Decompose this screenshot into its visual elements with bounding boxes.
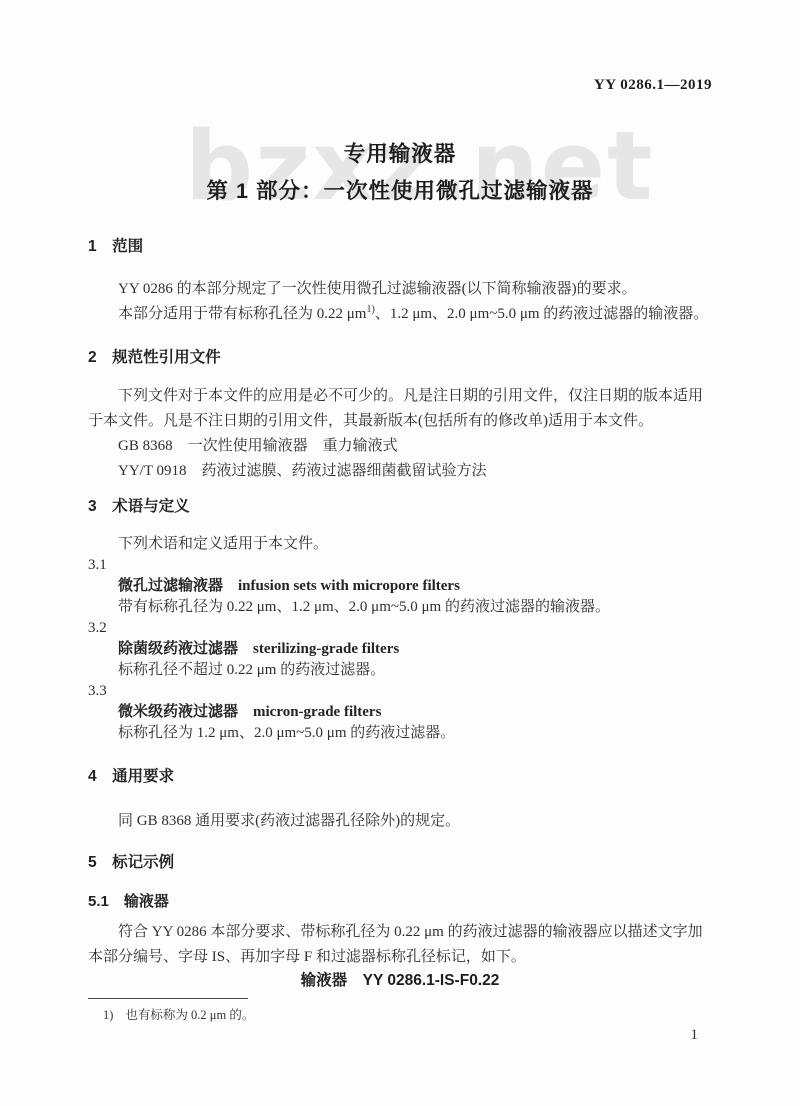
footnote: 1)也有标称为 0.2 μm 的。 <box>88 1007 712 1024</box>
section-5-1-heading: 5.1 输液器 <box>88 891 712 912</box>
page-number: 1 <box>691 1027 699 1044</box>
term-entry: 3.1 微孔过滤输液器 infusion sets with micropore… <box>88 555 712 618</box>
term-definition: 标称孔径为 1.2 μm、2.0 μm~5.0 μm 的药液过滤器。 <box>88 723 712 744</box>
scope-paragraph-2-text: 本部分适用于带有标称孔径为 0.22 μm <box>118 306 366 322</box>
term-definition: 带有标称孔径为 0.22 μm、1.2 μm、2.0 μm~5.0 μm 的药液… <box>88 597 712 618</box>
term-entry: 3.3 微米级药液过滤器 micron-grade filters 标称孔径为 … <box>88 681 712 744</box>
term-number: 3.3 <box>88 681 712 702</box>
marking-paragraph: 符合 YY 0286 本部分要求、带标称孔径为 0.22 μm 的药液过滤器的输… <box>88 920 712 970</box>
designation-example: 输液器 YY 0286.1-IS-F0.22 <box>88 970 712 992</box>
scope-paragraph-2-rest: 、1.2 μm、2.0 μm~5.0 μm 的药液过滤器的输液器。 <box>375 306 709 322</box>
section-5-heading: 5 标记示例 <box>88 852 712 873</box>
section-4-heading: 4 通用要求 <box>88 766 712 787</box>
section-3-heading: 3 术语与定义 <box>88 496 712 517</box>
term-entry: 3.2 除菌级药液过滤器 sterilizing-grade filters 标… <box>88 618 712 681</box>
section-2-heading: 2 规范性引用文件 <box>88 347 712 368</box>
term-name: 微米级药液过滤器 micron-grade filters <box>88 702 712 723</box>
term-number: 3.2 <box>88 618 712 639</box>
normative-reference-2: YY/T 0918 药液过滤膜、药液过滤器细菌截留试验方法 <box>88 459 712 484</box>
footnote-text: 也有标称为 0.2 μm 的。 <box>125 1008 254 1022</box>
normative-reference-1: GB 8368 一次性使用输液器 重力输液式 <box>88 434 712 459</box>
terms-intro: 下列术语和定义适用于本文件。 <box>88 533 712 555</box>
document-title: 专用输液器 第 1 部分：一次性使用微孔过滤输液器 <box>88 136 712 210</box>
page-content: YY 0286.1—2019 专用输液器 第 1 部分：一次性使用微孔过滤输液器… <box>88 76 712 1024</box>
scope-paragraph-1: YY 0286 的本部分规定了一次性使用微孔过滤输液器(以下简称输液器)的要求。 <box>88 277 712 302</box>
normative-paragraph: 下列文件对于本文件的应用是必不可少的。凡是注日期的引用文件，仅注日期的版本适用于… <box>88 384 712 434</box>
term-number: 3.1 <box>88 555 712 576</box>
title-line-1: 专用输液器 <box>88 136 712 173</box>
title-line-2: 第 1 部分：一次性使用微孔过滤输液器 <box>88 173 712 210</box>
section-1-heading: 1 范围 <box>88 236 712 257</box>
general-paragraph: 同 GB 8368 通用要求(药液过滤器孔径除外)的规定。 <box>88 809 712 834</box>
standard-number: YY 0286.1—2019 <box>88 76 712 94</box>
term-name: 除菌级药液过滤器 sterilizing-grade filters <box>88 639 712 660</box>
footnote-divider <box>88 998 248 999</box>
scope-paragraph-2: 本部分适用于带有标称孔径为 0.22 μm1)、1.2 μm、2.0 μm~5.… <box>88 302 712 327</box>
term-definition: 标称孔径不超过 0.22 μm 的药液过滤器。 <box>88 660 712 681</box>
term-name: 微孔过滤输液器 infusion sets with micropore fil… <box>88 576 712 597</box>
footnote-reference: 1) <box>366 304 374 315</box>
footnote-number: 1) <box>103 1008 113 1022</box>
document-page: bzxz.net YY 0286.1—2019 专用输液器 第 1 部分：一次性… <box>0 0 800 1106</box>
